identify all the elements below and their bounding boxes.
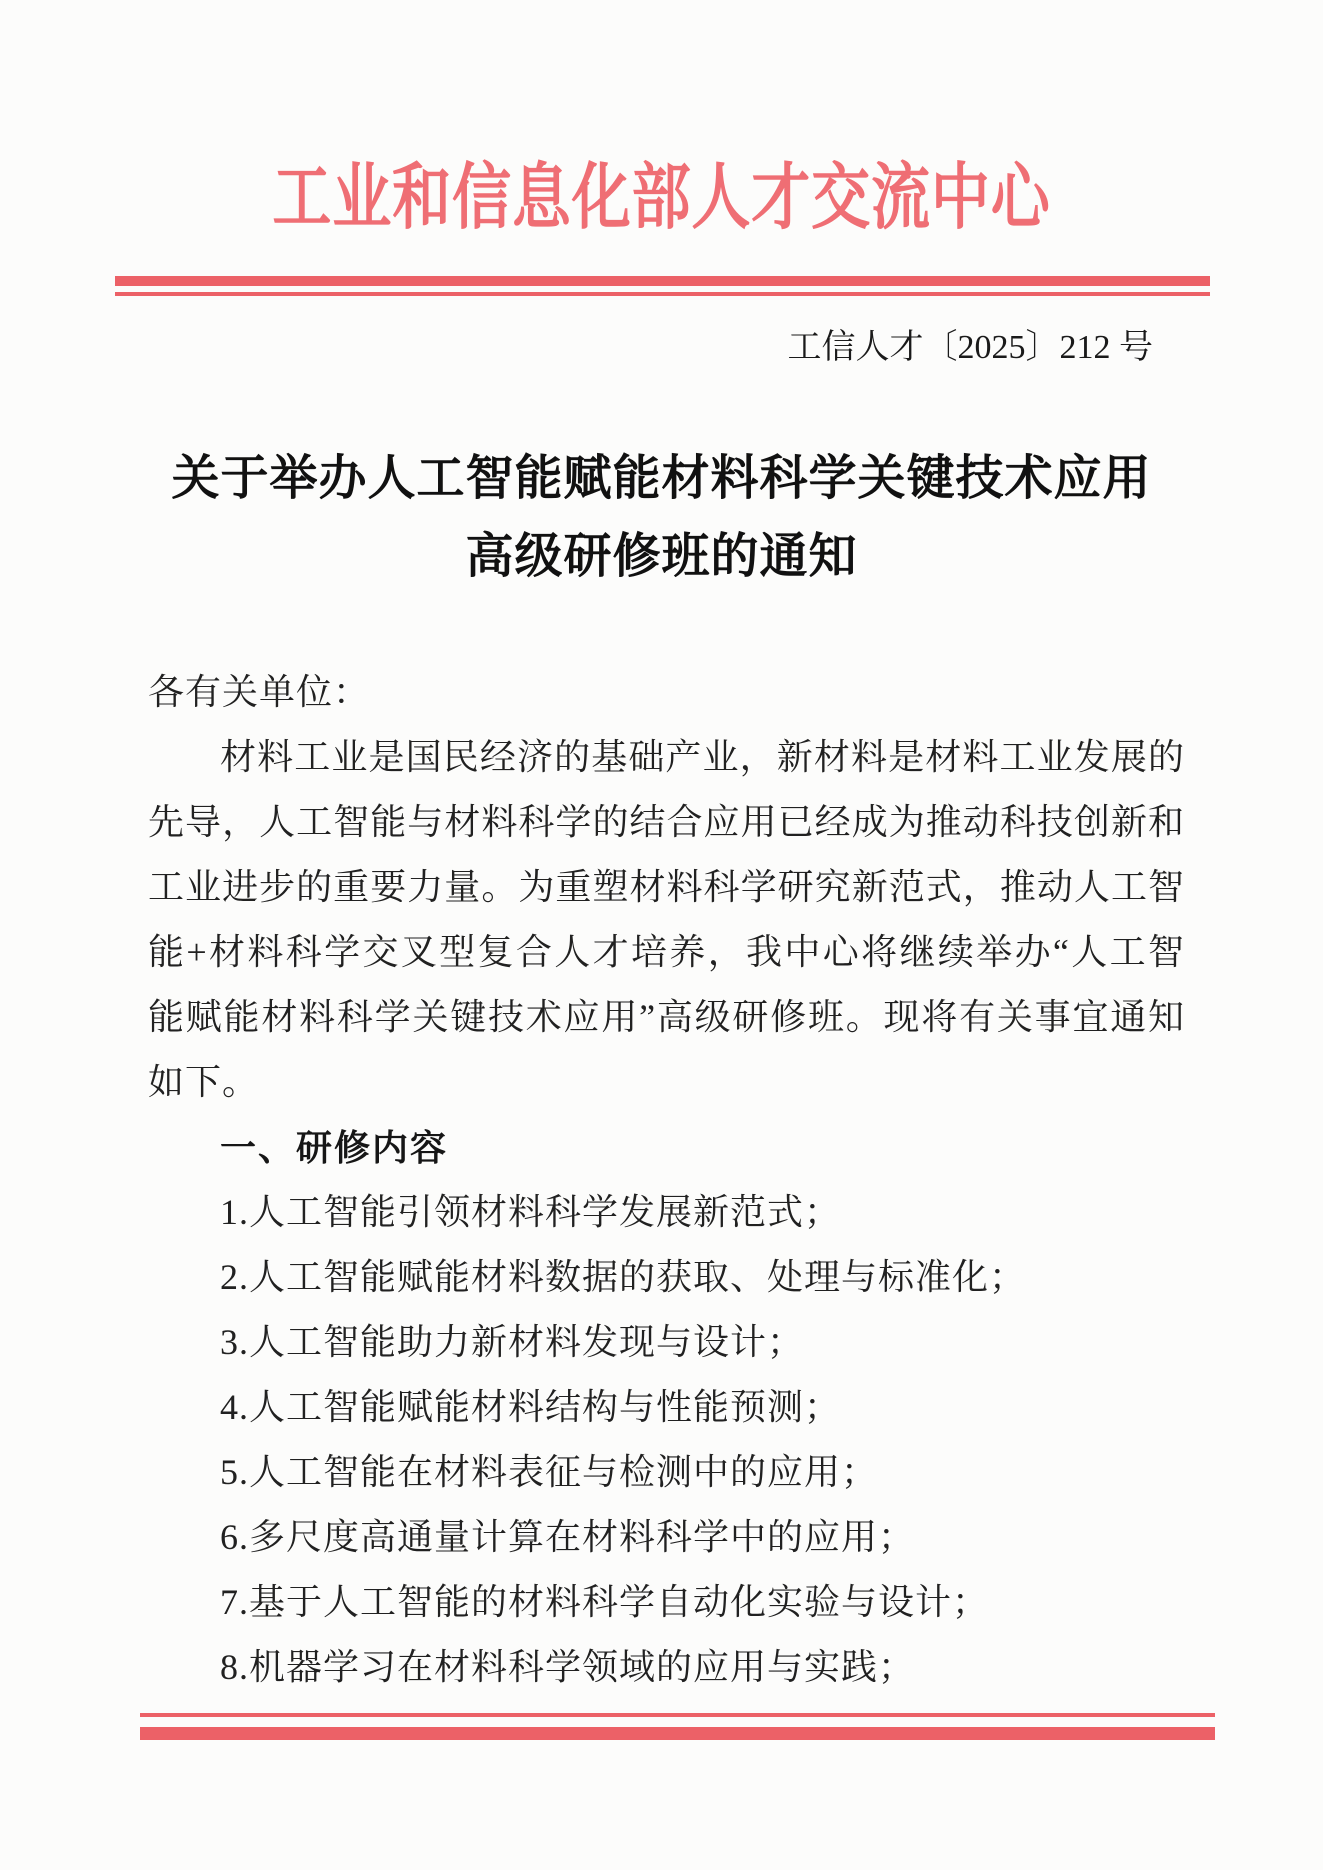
header-rule-thin: [115, 292, 1210, 296]
paragraph-line: 先导，人工智能与材料科学的结合应用已经成为推动科技创新和: [148, 790, 1185, 855]
list-item: 7.基于人工智能的材料科学自动化实验与设计；: [148, 1570, 1185, 1635]
document-number: 工信人才〔2025〕212 号: [0, 328, 1323, 368]
notice-title-line-1: 关于举办人工智能赋能材料科学关键技术应用: [0, 440, 1323, 518]
notice-title-line-2: 高级研修班的通知: [0, 518, 1323, 596]
paragraph-line: 能+材料科学交叉型复合人才培养，我中心将继续举办“人工智: [148, 920, 1185, 985]
document-page: 工业和信息化部人才交流中心 工信人才〔2025〕212 号 关于举办人工智能赋能…: [0, 0, 1323, 1870]
notice-title: 关于举办人工智能赋能材料科学关键技术应用 高级研修班的通知: [0, 440, 1323, 596]
footer-rule-thin: [140, 1713, 1215, 1717]
body-paragraph: 材料工业是国民经济的基础产业，新材料是材料工业发展的 先导，人工智能与材料科学的…: [148, 725, 1185, 1115]
list-item: 8.机器学习在材料科学领域的应用与实践；: [148, 1635, 1185, 1700]
header-rule-thick: [115, 276, 1210, 286]
list-item: 3.人工智能助力新材料发现与设计；: [148, 1310, 1185, 1375]
list-item: 5.人工智能在材料表征与检测中的应用；: [148, 1440, 1185, 1505]
letterhead-title-text: 工业和信息化部人才交流中心: [272, 158, 1050, 238]
list-item: 6.多尺度高通量计算在材料科学中的应用；: [148, 1505, 1185, 1570]
list-item: 4.人工智能赋能材料结构与性能预测；: [148, 1375, 1185, 1440]
training-content-list: 1.人工智能引领材料科学发展新范式； 2.人工智能赋能材料数据的获取、处理与标准…: [148, 1180, 1185, 1700]
document-body: 各有关单位： 材料工业是国民经济的基础产业，新材料是材料工业发展的 先导，人工智…: [148, 660, 1185, 1700]
footer-rule-group: [140, 1713, 1215, 1740]
list-item: 1.人工智能引领材料科学发展新范式；: [148, 1180, 1185, 1245]
footer-rule-thick: [140, 1727, 1215, 1740]
paragraph-line: 材料工业是国民经济的基础产业，新材料是材料工业发展的: [148, 725, 1185, 790]
list-item: 2.人工智能赋能材料数据的获取、处理与标准化；: [148, 1245, 1185, 1310]
paragraph-line: 能赋能材料科学关键技术应用”高级研修班。现将有关事宜通知: [148, 985, 1185, 1050]
section-heading-training-content: 一、研修内容: [148, 1115, 1185, 1180]
salutation: 各有关单位：: [148, 660, 1185, 725]
letterhead-title: 工业和信息化部人才交流中心: [0, 0, 1323, 238]
paragraph-line: 如下。: [148, 1050, 1185, 1115]
header-rule-group: [115, 276, 1210, 296]
paragraph-line: 工业进步的重要力量。为重塑材料科学研究新范式，推动人工智: [148, 855, 1185, 920]
